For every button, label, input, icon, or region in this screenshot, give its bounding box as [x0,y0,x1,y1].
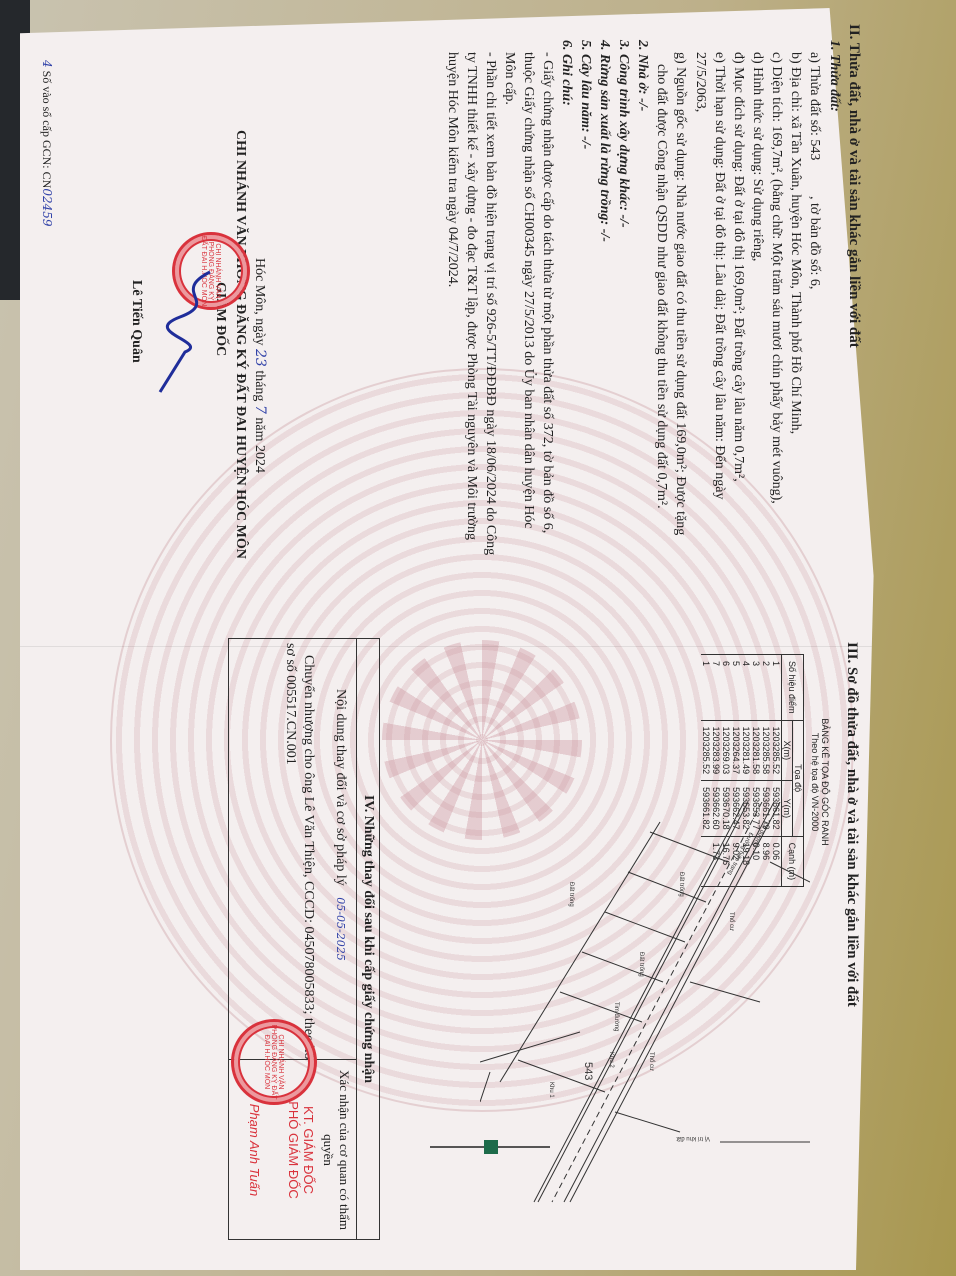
north-arrow-icon [430,1132,550,1162]
section-4-title: IV. Những thay đổi sau khi cấp giấy chứn… [356,639,379,1239]
registry-number: 4 Số vào sổ cấp GCN: CN02459 [39,60,54,227]
issue-month: 7 [252,405,268,414]
usage-term: e) Thời hạn sử dụng: Đất ở tại đô thị: L… [711,52,727,499]
svg-text:Thổ cư: Thổ cư [648,1052,655,1071]
note-2-line-2: ty TNHH thiết kế - xây dựng - đo đạc T&T… [463,52,479,540]
svg-text:Khu 1: Khu 1 [548,1082,554,1098]
note-1-line-1: - Giấy chứng nhận được cấp do tách thửa … [539,52,555,533]
map-sheet-number: , tờ bản đồ số: 6, [806,196,822,289]
signature-mark [150,262,220,402]
svg-text:Thổ cư: Thổ cư [728,912,735,931]
parcel-area: c) Diện tích: 169,7m², (bằng chữ: Một tr… [768,52,784,504]
other-works-heading: 3. Công trình xây dựng khác: -/- [615,40,631,228]
usage-origin-cont: cho đất được Công nhận QSDD như giao đất… [653,64,669,509]
change-content-line-2: sơ số 005517.CN.001 [282,643,298,765]
changes-col-header: Nội dung thay đổi và cơ sở pháp lý 05-05… [332,689,348,961]
usage-form: d) Hình thức sử dụng: Sử dụng riêng, [749,52,765,261]
change-content-line-1: Chuyển nhượng cho ông Lê Văn Thiện, CCCD… [300,655,316,1060]
parcel-map-drawing: 543 Đường hiện trạng Lề đường Thổ cư Thổ… [480,802,810,1242]
parcel-label: 543 [582,1062,594,1080]
issue-day: 23 [252,349,268,367]
perennial-heading: 5. Cây lâu năm: -/- [577,40,593,149]
svg-text:Đất trống: Đất trống [678,872,684,897]
svg-text:Đường hiện trạng: Đường hiện trạng [726,831,754,876]
usage-purpose: đ) Mục đích sử dụng: Đất ở tại đô thị 16… [730,52,746,482]
svg-text:Khu 2: Khu 2 [608,1052,614,1068]
signer-name: Lê Tiến Quân [128,280,144,363]
note-2-line-3: huyện Hóc Môn kiểm tra ngày 04/7/2024. [444,52,460,287]
section-2-title: II. Thửa đất, nhà ở và tài sản khác gắn … [845,24,862,348]
change-date: 05-05-2025 [334,897,347,960]
usage-term-date: 27/5/2063, [692,52,708,112]
confirmation-header: Xác nhận của cơ quan có thẩm quyền [320,1061,352,1239]
changes-table: IV. Những thay đổi sau khi cấp giấy chứn… [228,638,380,1240]
issuing-agency: CHI NHÁNH VĂN PHÒNG ĐĂNG KÝ ĐẤT ĐAI HUYỆ… [232,130,248,559]
house-heading: 2. Nhà ở: -/- [634,40,650,111]
parcel-address: b) Địa chỉ: xã Tân Xuân, huyện Hóc Môn, … [787,52,803,434]
svg-text:Vị trí khu đất: Vị trí khu đất [676,1135,710,1141]
rotated-document: II. Thửa đất, nhà ở và tài sản khác gắn … [0,0,880,1262]
right-page: III. Sơ đồ thửa đất, nhà ở và tài sản kh… [0,632,880,1262]
note-1-line-3: Môn cấp. [501,52,517,105]
changes-content-cell: Nội dung thay đổi và cơ sở pháp lý 05-05… [229,639,356,1060]
issue-date: Hóc Môn, ngày 23 tháng 7 năm 2024 [251,258,268,473]
svg-text:Đất trống: Đất trống [568,882,574,907]
notes-heading: 6. Ghi chú: [558,40,574,106]
parcel-heading: 1. Thửa đất: [826,40,842,112]
svg-text:Đất trống: Đất trống [638,952,644,977]
forest-heading: 4. Rừng sản xuất là rừng trồng: -/- [596,40,612,242]
section-3-title: III. Sơ đồ thửa đất, nhà ở và tài sản kh… [843,642,860,1007]
note-2-line-1: - Phần chi tiết xem bản đồ hiện trạng vị… [482,52,498,555]
left-page: II. Thửa đất, nhà ở và tài sản khác gắn … [0,0,880,630]
note-1-line-2: thuộc Giấy chứng nhận số CH00345 ngày 27… [520,52,536,529]
usage-origin: g) Nguồn gốc sử dụng: Nhà nước giao đất … [672,52,688,535]
svg-text:Tim đường: Tim đường [613,1002,619,1031]
parcel-number: a) Thửa đất số: 543 [806,52,822,160]
coord-table-title: BẢNG KÊ TỌA ĐỘ GÓC RANH Theo hệ tọa độ V… [810,682,830,882]
change-stamp: CHI NHÁNH VĂN PHÒNG ĐĂNG KÝ ĐẤT ĐAI H.HÓ… [231,1019,317,1105]
